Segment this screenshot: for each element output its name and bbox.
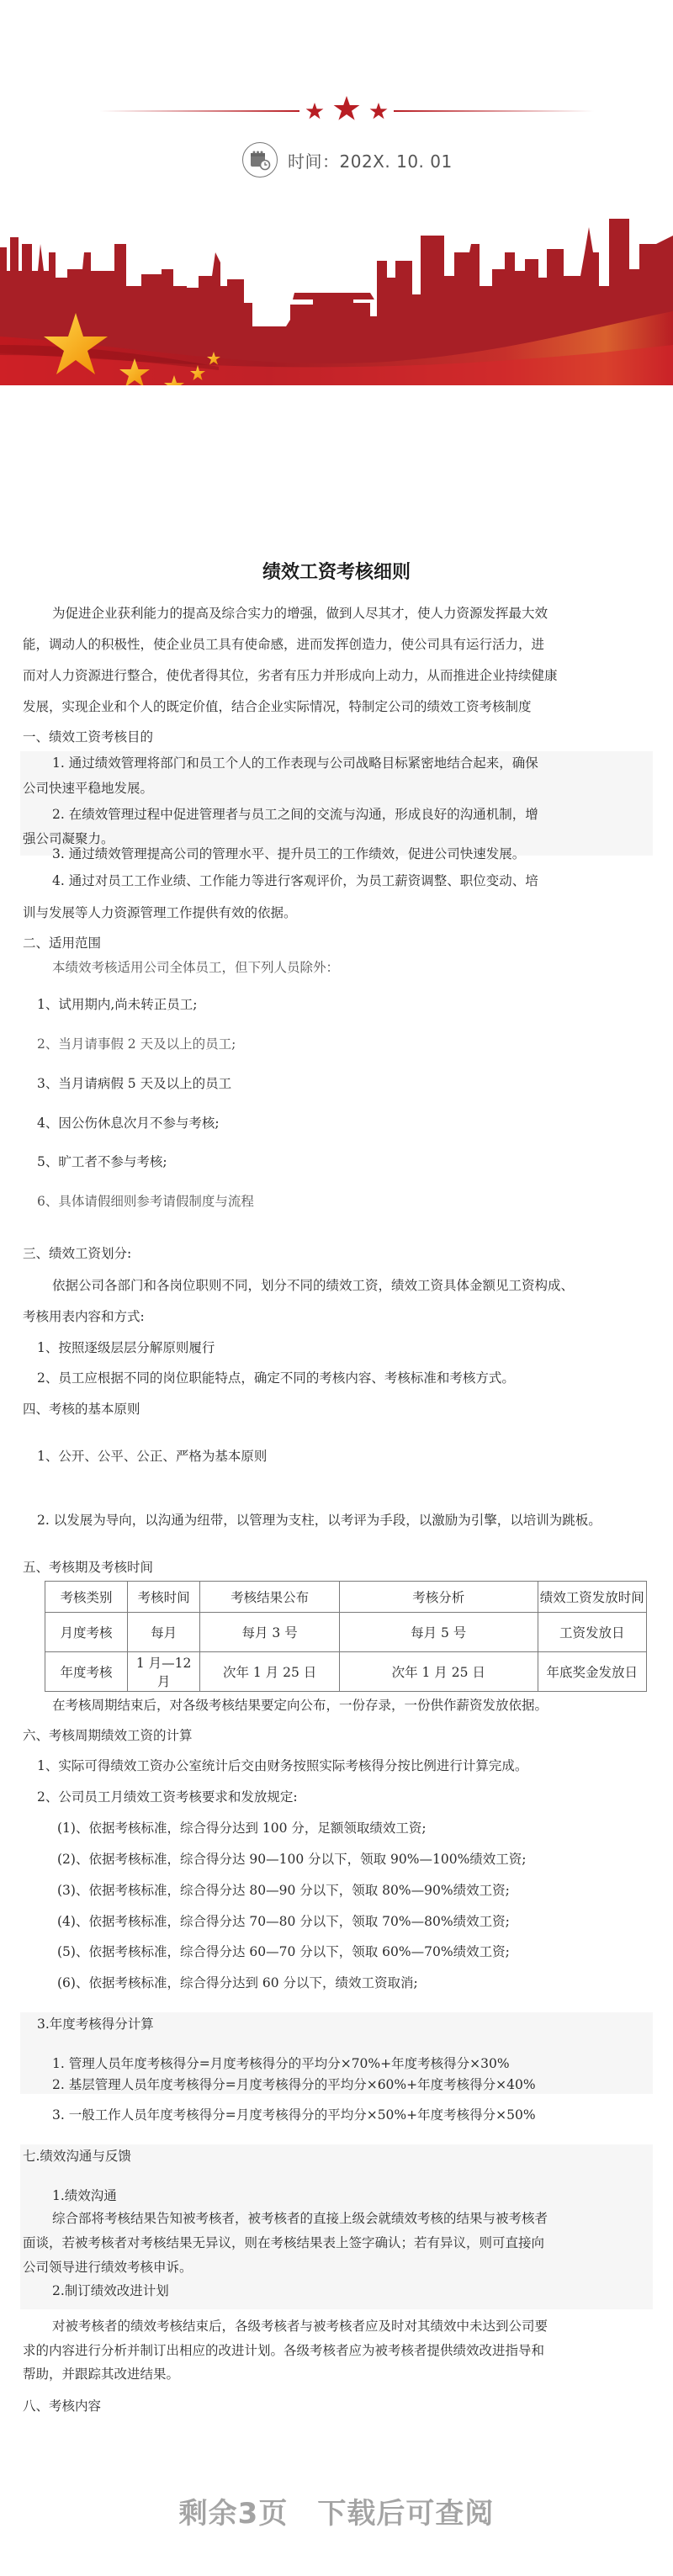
list-item: 2、员工应根据不同的岗位职能特点，确定不同的考核内容、考核标准和考核方式。 (37, 1370, 515, 1386)
formula-item: 3. 一般工作人员年度考核得分=月度考核得分的平均分×50%+年度考核得分×50… (52, 2107, 536, 2123)
rule-item: (3)、依据考核标准，综合得分达 80—90 分以下，领取 80%—90%绩效工… (57, 1882, 510, 1899)
list-item: 强公司凝聚力。 (23, 830, 114, 847)
table-row: 年度考核 1 月—12 月 次年 1 月 25 日 次年 1 月 25 日 年底… (45, 1652, 647, 1692)
rule-item: (4)、依据考核标准，综合得分达 70—80 分以下，领取 70%—80%绩效工… (57, 1913, 510, 1930)
paragraph: 求的内容进行分析并制订出相应的改进计划。各级考核者应为被考核者提供绩效改进指导和 (23, 2342, 544, 2359)
list-item: 2、公司员工月绩效工资考核要求和发放规定: (37, 1789, 298, 1805)
list-item: 公司快速平稳地发展。 (23, 780, 153, 797)
formula-item: 1. 管理人员年度考核得分=月度考核得分的平均分×70%+年度考核得分×30% (52, 2055, 510, 2072)
rule-item: (6)、依据考核标准，综合得分达到 60 分以下，绩效工资取消; (57, 1974, 418, 1991)
principle-item: 1、公开、公平、公正、严格为基本原则 (37, 1448, 267, 1465)
subsection-heading: 3.年度考核得分计算 (37, 2016, 154, 2033)
paragraph: 在考核周期结束后，对各级考核结果要定向公布，一份存录，一份供作薪资发放依据。 (52, 1697, 548, 1714)
section-heading: 五、考核期及考核时间 (23, 1559, 153, 1576)
table-row: 月度考核 每月 每月 3 号 每月 5 号 工资发放日 (45, 1613, 647, 1652)
rule-item: (2)、依据考核标准，综合得分达 90—100 分以下，领取 90%—100%绩… (57, 1851, 527, 1868)
intro-line: 为促进企业获利能力的提高及综合实力的增强，做到人尽其才，使人力资源发挥最大效 (52, 605, 548, 622)
section-heading: 七.绩效沟通与反馈 (23, 2148, 131, 2165)
decorative-line-right (394, 110, 594, 112)
calendar-clock-icon (242, 142, 278, 178)
list-item: 2. 在绩效管理过程中促进管理者与员工之间的交流与沟通，形成良好的沟通机制，增 (52, 806, 538, 823)
intro-line: 而对人力资源进行整合，使优者得其位，劣者有压力并形成向上动力，从而推进企业持续健… (23, 667, 558, 684)
paragraph: 公司领导进行绩效考核申诉。 (23, 2259, 193, 2276)
section-heading: 三、绩效工资划分: (23, 1245, 131, 1262)
rule-item: (1)、依据考核标准，综合得分达到 100 分，足额领取绩效工资; (57, 1820, 427, 1837)
schedule-table: 考核类别 考核时间 考核结果公布 考核分析 绩效工资发放时间 月度考核 每月 每… (45, 1581, 647, 1692)
list-item: 1、按照逐级层层分解原则履行 (37, 1339, 215, 1356)
table-cell: 次年 1 月 25 日 (339, 1652, 538, 1692)
list-item: 1、实际可得绩效工资办公室统计后交由财务按照实际考核得分按比例进行计算完成。 (37, 1757, 527, 1774)
table-cell: 每月 (127, 1613, 199, 1652)
table-cell: 工资发放日 (538, 1613, 646, 1652)
exclusion-item: 6、具体请假细则参考请假制度与流程 (37, 1193, 254, 1210)
table-header-row: 考核类别 考核时间 考核结果公布 考核分析 绩效工资发放时间 (45, 1582, 647, 1613)
rule-item: (5)、依据考核标准，综合得分达 60—70 分以下，领取 60%—70%绩效工… (57, 1943, 510, 1960)
table-cell: 每月 3 号 (200, 1613, 340, 1652)
list-item: 训与发展等人力资源管理工作提供有效的依据。 (23, 904, 297, 921)
table-cell: 次年 1 月 25 日 (200, 1652, 340, 1692)
date-row: 时间：202X. 10. 01 (242, 140, 453, 180)
exclusion-item: 5、旷工者不参与考核; (37, 1153, 167, 1170)
list-item: 1. 通过绩效管理将部门和员工个人的工作表现与公司战略目标紧密地结合起来，确保 (52, 755, 538, 771)
list-item: 4. 通过对员工工作业绩、工作能力等进行客观评价，为员工薪资调整、职位变动、培 (52, 872, 538, 889)
table-cell: 1 月—12 月 (127, 1652, 199, 1692)
table-cell: 每月 5 号 (339, 1613, 538, 1652)
intro-line: 发展，实现企业和个人的既定价值，结合企业实际情况，特制定公司的绩效工资考核制度 (23, 698, 532, 715)
red-skyline-banner (0, 219, 673, 385)
table-header-cell: 绩效工资发放时间 (538, 1582, 646, 1613)
section-heading: 二、适用范围 (23, 935, 101, 951)
table-header-cell: 考核分析 (339, 1582, 538, 1613)
decorative-line-left (99, 110, 299, 112)
paragraph: 综合部将考核结果告知被考核者，被考核者的直接上级会就绩效考核的结果与被考核者 (52, 2210, 548, 2227)
cover-header: 时间：202X. 10. 01 (0, 0, 673, 385)
date-label: 时间：202X. 10. 01 (288, 148, 453, 172)
section-heading: 六、考核周期绩效工资的计算 (23, 1727, 193, 1744)
formula-item: 2. 基层管理人员年度考核得分=月度考核得分的平均分×60%+年度考核得分×40… (52, 2076, 536, 2093)
section-heading: 四、考核的基本原则 (23, 1401, 140, 1418)
section-heading: 一、绩效工资考核目的 (23, 729, 153, 745)
exclusion-item: 3、当月请病假 5 天及以上的员工 (37, 1075, 231, 1092)
paragraph: 本绩效考核适用公司全体员工，但下列人员除外： (52, 959, 339, 976)
list-item: 3. 通过绩效管理提高公司的管理水平、提升员工的工作绩效，促进公司快速发展。 (52, 845, 525, 862)
paragraph: 依据公司各部门和各岗位职则不同，划分不同的绩效工资，绩效工资具体金额见工资构成、 (52, 1277, 574, 1294)
subsection-heading: 2.制订绩效改进计划 (52, 2282, 169, 2299)
exclusion-item: 4、因公伤休息次月不参与考核; (37, 1115, 220, 1132)
section-heading: 八、考核内容 (23, 2398, 101, 2414)
subsection-heading: 1.绩效沟通 (52, 2187, 117, 2204)
document-title: 绩效工资考核细则 (0, 564, 673, 581)
table-cell: 年度考核 (45, 1652, 128, 1692)
paragraph: 考核用表内容和方式: (23, 1308, 145, 1325)
paragraph: 对被考核者的绩效考核结束后，各级考核者与被考核者应及时对其绩效中未达到公司要 (52, 2318, 548, 2335)
exclusion-item: 2、当月请事假 2 天及以上的员工; (37, 1036, 236, 1052)
table-cell: 年底奖金发放日 (538, 1652, 646, 1692)
intro-line: 能，调动人的积极性，使企业员工具有使命感，进而发挥创造力，使公司具有运行活力，进 (23, 636, 544, 653)
paragraph: 面谈，若被考核者对考核结果无异议，则在考核结果表上签字确认；若有异议，则可直接向 (23, 2234, 544, 2251)
table-header-cell: 考核时间 (127, 1582, 199, 1613)
table-header-cell: 考核结果公布 (200, 1582, 340, 1613)
three-stars-icon (299, 94, 394, 128)
paragraph: 帮助，并跟踪其改进结果。 (23, 2366, 179, 2383)
principle-item: 2. 以发展为导向，以沟通为纽带，以管理为支柱，以考评为手段，以激励为引擎，以培… (37, 1512, 601, 1529)
download-to-read-more-link[interactable]: 剩余3页 下载后可查阅 (0, 2490, 673, 2531)
table-header-cell: 考核类别 (45, 1582, 128, 1613)
exclusion-item: 1、试用期内,尚未转正员工; (37, 996, 198, 1013)
table-cell: 月度考核 (45, 1613, 128, 1652)
